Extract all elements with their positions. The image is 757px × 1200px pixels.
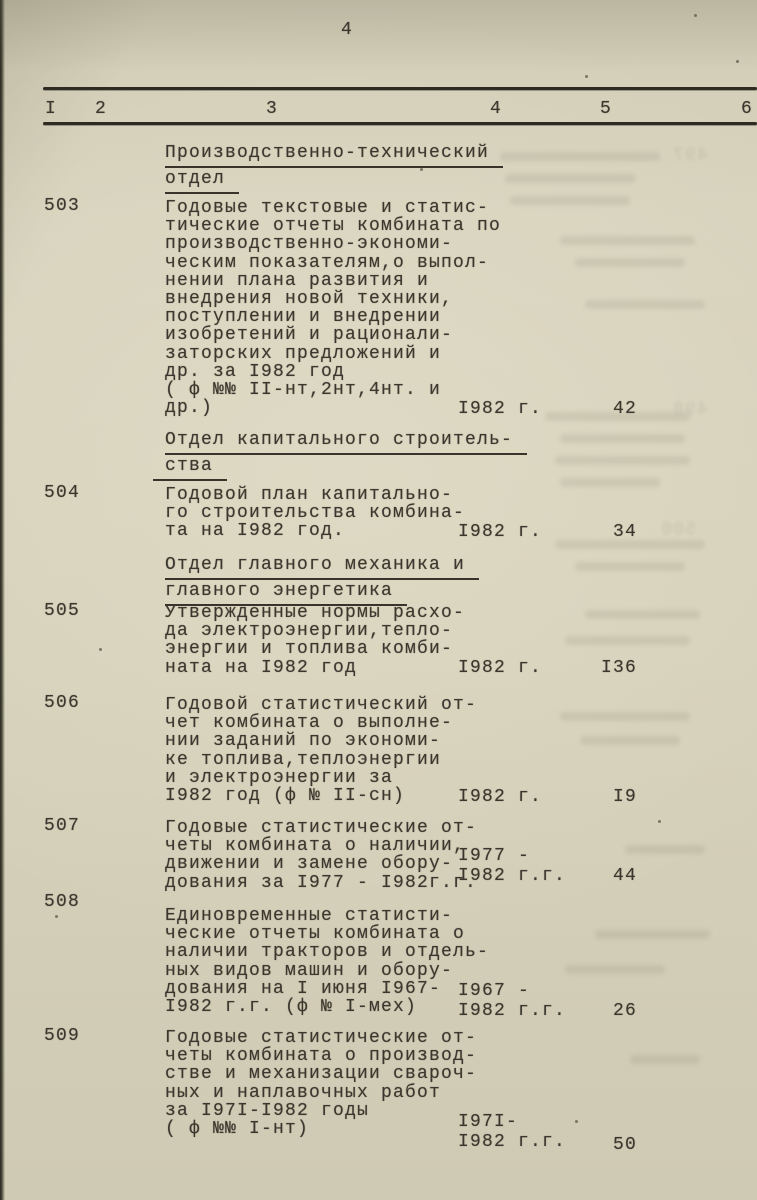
entry-dates: I982 г. xyxy=(458,522,542,542)
bleed-through-artifact xyxy=(505,174,635,183)
table-rule-bottom xyxy=(43,122,757,125)
bleed-through-artifact xyxy=(560,712,690,721)
dust-speck xyxy=(99,648,102,651)
column-header-6: 6 xyxy=(741,99,753,119)
description-line: ных и наплавочных работ xyxy=(165,1084,505,1102)
description-line: производственно-экономи- xyxy=(165,235,505,253)
description-line: ( ф №№ II-нт,2нт,4нт. и xyxy=(165,381,505,399)
section-heading-production-technical-dept: Производственно-технический отдел xyxy=(165,142,503,194)
bleed-through-artifact xyxy=(565,636,690,645)
entry-description: Годовой статистический от- чет комбината… xyxy=(165,696,505,805)
description-line: энергии и топлива комби- xyxy=(165,640,505,658)
description-line: изобретений и рационали- xyxy=(165,326,505,344)
entry-sheet-count: I9 xyxy=(545,787,637,807)
column-header-4: 4 xyxy=(490,99,502,119)
description-line: заторских предложений и xyxy=(165,345,505,363)
bleed-through-artifact xyxy=(585,300,705,309)
description-line: го строительства комбина- xyxy=(165,504,505,522)
entry-number: 505 xyxy=(44,601,80,621)
scan-left-edge-shadow xyxy=(0,0,5,1200)
description-line: I982 г.г. (ф № I-мех) xyxy=(165,998,505,1016)
bleed-through-artifact xyxy=(585,610,700,619)
description-line: тические отчеты комбината по xyxy=(165,217,505,235)
bleed-through-artifact xyxy=(560,478,660,487)
bleed-through-number: 497 xyxy=(672,146,708,166)
description-line: ( ф №№ I-нт) xyxy=(165,1120,505,1138)
bleed-through-artifact xyxy=(560,434,685,443)
description-line: дования за I977 - I982г.г. xyxy=(165,874,505,892)
date-line: I982 г. xyxy=(458,522,542,542)
description-line: ческие отчеты комбината о xyxy=(165,925,505,943)
entry-number: 504 xyxy=(44,483,80,503)
section-heading-text: ства xyxy=(153,455,227,481)
entry-dates: I982 г. xyxy=(458,658,542,678)
dust-speck xyxy=(575,1120,578,1123)
bleed-through-artifact xyxy=(630,1055,700,1064)
section-heading-text: Производственно-технический xyxy=(165,142,503,168)
description-line: Годовой статистический от- xyxy=(165,696,505,714)
description-line: внедрения новой техники, xyxy=(165,290,505,308)
description-line: Годовой план капитально- xyxy=(165,486,505,504)
description-line: и электроэнергии за xyxy=(165,769,505,787)
description-line: движении и замене обору- xyxy=(165,855,505,873)
description-line: четы комбината о производ- xyxy=(165,1047,505,1065)
scanned-archive-inventory-page: 4 I 2 3 4 5 6 Производственно-технически… xyxy=(0,0,757,1200)
entry-description: Единовременные статисти- ческие отчеты к… xyxy=(165,907,505,1016)
bleed-through-artifact xyxy=(575,562,685,571)
dust-speck xyxy=(694,14,697,17)
description-line: четы комбината о наличии, xyxy=(165,837,505,855)
section-heading-chief-mechanic-energy-dept: Отдел главного механика и главного энерг… xyxy=(165,554,479,606)
scan-top-shade xyxy=(0,0,757,90)
entry-description: Годовые статистические от- четы комбинат… xyxy=(165,1029,505,1138)
date-line: I982 г. xyxy=(458,658,542,678)
section-heading-text: Отдел главного механика и xyxy=(165,554,479,580)
bleed-through-artifact xyxy=(555,540,705,549)
description-line: Единовременные статисти- xyxy=(165,907,505,925)
entry-dates: I982 г. xyxy=(458,399,542,419)
dust-speck xyxy=(736,60,739,63)
date-line: I977 - xyxy=(458,846,566,866)
description-line: др. за I982 год xyxy=(165,363,505,381)
bleed-through-artifact xyxy=(560,236,695,245)
description-line: та на I982 год. xyxy=(165,522,505,540)
dust-speck xyxy=(585,75,588,78)
date-line: I967 - xyxy=(458,981,566,1001)
description-line: чет комбината о выполне- xyxy=(165,714,505,732)
date-line: I982 г. xyxy=(458,787,542,807)
bleed-through-artifact xyxy=(545,412,690,421)
description-line: наличии тракторов и отдель- xyxy=(165,943,505,961)
description-line: нии заданий по экономи- xyxy=(165,732,505,750)
description-line: ческим показателям,о выпол- xyxy=(165,254,505,272)
entry-sheet-count: 50 xyxy=(545,1135,637,1155)
entry-number: 508 xyxy=(44,892,80,912)
entry-number: 507 xyxy=(44,816,80,836)
description-line: за I97I-I982 годы xyxy=(165,1102,505,1120)
description-line: Годовые текстовые и статис- xyxy=(165,199,505,217)
column-header-5: 5 xyxy=(600,99,612,119)
description-line: да электроэнергии,тепло- xyxy=(165,622,505,640)
column-header-3: 3 xyxy=(266,99,278,119)
bleed-through-artifact xyxy=(575,258,685,267)
entry-number: 503 xyxy=(44,196,80,216)
section-heading-text: Отдел капитального строитель- xyxy=(165,429,527,455)
description-line: Годовые статистические от- xyxy=(165,819,505,837)
column-header-2: 2 xyxy=(95,99,107,119)
entry-sheet-count: 26 xyxy=(545,1001,637,1021)
section-heading-line: Отдел капитального строитель- xyxy=(165,429,527,455)
description-line: нении плана развития и xyxy=(165,272,505,290)
description-line: ных видов машин и обору- xyxy=(165,962,505,980)
entry-description: Годовые статистические от- четы комбинат… xyxy=(165,819,505,892)
entry-number: 509 xyxy=(44,1026,80,1046)
bleed-through-artifact xyxy=(510,196,630,205)
section-heading-line: Производственно-технический xyxy=(165,142,503,168)
description-line: др.) xyxy=(165,399,505,417)
description-line: стве и механизации свароч- xyxy=(165,1065,505,1083)
dust-speck xyxy=(420,168,423,171)
section-heading-line: ства xyxy=(165,455,527,481)
section-heading-line: Отдел главного механика и xyxy=(165,554,479,580)
bleed-through-artifact xyxy=(625,845,705,854)
bleed-through-artifact xyxy=(500,152,660,161)
description-line: дования на I июня I967- xyxy=(165,980,505,998)
bleed-through-artifact xyxy=(555,456,690,465)
description-line: Утвержденные нормы расхо- xyxy=(165,604,505,622)
date-line: I97I- xyxy=(458,1112,566,1132)
table-rule-top xyxy=(43,87,757,90)
entry-description: Годовые текстовые и статис- тические отч… xyxy=(165,199,505,417)
entry-description: Утвержденные нормы расхо- да электроэнер… xyxy=(165,604,505,677)
entry-sheet-count: 44 xyxy=(545,866,637,886)
section-heading-capital-construction-dept: Отдел капитального строитель- ства xyxy=(165,429,527,481)
entry-sheet-count: 34 xyxy=(545,522,637,542)
entry-number: 506 xyxy=(44,693,80,713)
dust-speck xyxy=(55,915,58,918)
description-line: поступлении и внедрении xyxy=(165,308,505,326)
entry-description: Годовой план капитально- го строительств… xyxy=(165,486,505,541)
entry-dates: I982 г. xyxy=(458,787,542,807)
dust-speck xyxy=(658,820,661,823)
bleed-through-number: 500 xyxy=(660,520,696,540)
description-line: ке топлива,теплоэнергии xyxy=(165,751,505,769)
bleed-through-artifact xyxy=(580,736,680,745)
bleed-through-artifact xyxy=(595,930,710,939)
section-heading-line: отдел xyxy=(165,168,503,194)
entry-sheet-count: I36 xyxy=(545,658,637,678)
section-heading-text: отдел xyxy=(165,168,239,194)
date-line: I982 г. xyxy=(458,399,542,419)
bleed-through-artifact xyxy=(565,965,665,974)
description-line: Годовые статистические от- xyxy=(165,1029,505,1047)
column-header-1: I xyxy=(45,99,57,119)
page-number: 4 xyxy=(341,20,353,40)
description-line: I982 год (ф № II-сн) xyxy=(165,787,505,805)
description-line: ната на I982 год xyxy=(165,659,505,677)
